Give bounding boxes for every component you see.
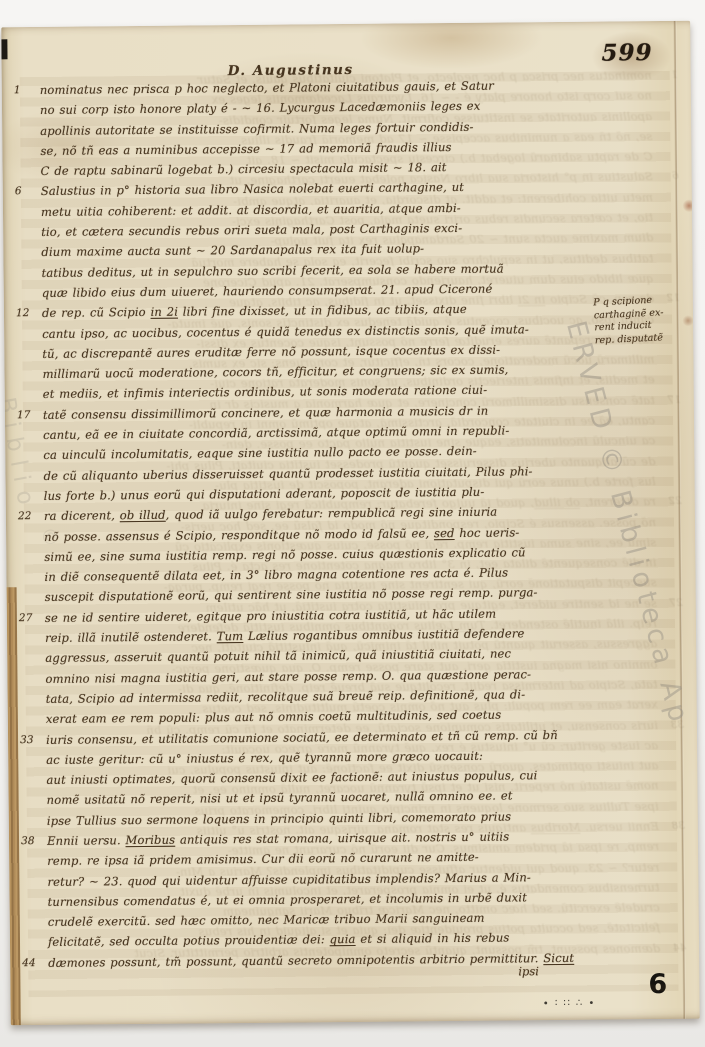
line-number: 12 [16, 307, 40, 319]
line-text: se, nõ tñ eas a numinibus accepisse ~ 17… [40, 140, 451, 158]
line-text: de rep. cũ Scipio in 2i libri fine dixis… [42, 302, 467, 320]
line-text: metu uitia cohiberent: et addit. at disc… [41, 201, 461, 219]
line-text: tatẽ consensu dissimillimorũ concinere, … [43, 403, 489, 421]
line-text: ac iuste geritur: cũ u° iniustus é rex, … [46, 749, 483, 767]
page-crease [673, 21, 686, 1019]
line-text: nominatus nec prisca p hoc neglecto, et … [40, 79, 494, 97]
line-text: xerat eam ee rem populi: plus aut nõ omn… [46, 708, 501, 726]
page-number: 599 [601, 39, 652, 66]
line-text: tũ, ac discrepantẽ aures eruditæ ferre n… [42, 342, 500, 360]
line-number: 6 [15, 185, 39, 197]
marginal-note: P q scipionecarthaginẽ ex-rent inducitre… [593, 293, 695, 347]
running-title: D. Augustinus [228, 62, 354, 79]
line-number: 17 [17, 409, 41, 421]
line-text: tatibus deditus, ut in sepulchro suo scr… [42, 261, 504, 279]
line-text: remp. re ipsa iã pridem amisimus. Cur di… [47, 850, 479, 868]
line-text: dium maxime aucta sunt ~ 20 Sardanapalus… [41, 242, 424, 260]
line-text: no sui corp isto honore platy é - ~ 16. … [40, 99, 480, 117]
line-text: lus forte b.) unus eorũ qui disputationi… [44, 485, 485, 503]
line-text: ca uinculũ incolumitatis, eaque sine ius… [43, 444, 477, 462]
line-number: 1 [14, 84, 38, 96]
line-number: 44 [22, 957, 46, 969]
line-number: 22 [18, 510, 42, 522]
line-text: quæ libido eius dum uiueret, hauriendo c… [42, 282, 493, 300]
line-text: tio, et cætera secundis rebus oriri suet… [41, 221, 462, 239]
line-number: 33 [20, 733, 44, 745]
line-text: C de raptu sabinarũ logebat b.) circesiu… [41, 160, 447, 178]
line-text: se ne id sentire uideret, egitque pro in… [45, 606, 496, 624]
line-text: apollinis autoritate se instituisse cofi… [40, 119, 473, 137]
line-text: Salustius in p° historia sua libro Nasic… [41, 180, 464, 198]
line-text: crudelẽ exercitũ. sed hæc omitto, nec Ma… [48, 911, 485, 929]
line-number: 27 [19, 612, 43, 624]
line-text: felicitatẽ, sed occulta potius prouident… [48, 931, 510, 949]
binding-notch [1, 39, 7, 59]
binding-edge [7, 587, 21, 1025]
line-text: ra dicerent, ob illud, quod iã uulgo fer… [44, 505, 498, 523]
scanned-manuscript-page: { "page": { "header": { "title": "D. Aug… [0, 0, 705, 1047]
line-text: et mediis, et infimis interiectis ordini… [43, 383, 488, 401]
folio-number: 6 [648, 969, 667, 1000]
line-number: 38 [21, 835, 45, 847]
library-stamp: ∙∶∷∴∙ [543, 998, 601, 1010]
catchword: ipsi [518, 964, 539, 978]
manuscript-lines: 1nominatus nec prisca p hoc neglecto, et… [40, 77, 657, 976]
manuscript-leaf: D. Augustinus 599 1nominatus nec prisca … [1, 21, 700, 1026]
